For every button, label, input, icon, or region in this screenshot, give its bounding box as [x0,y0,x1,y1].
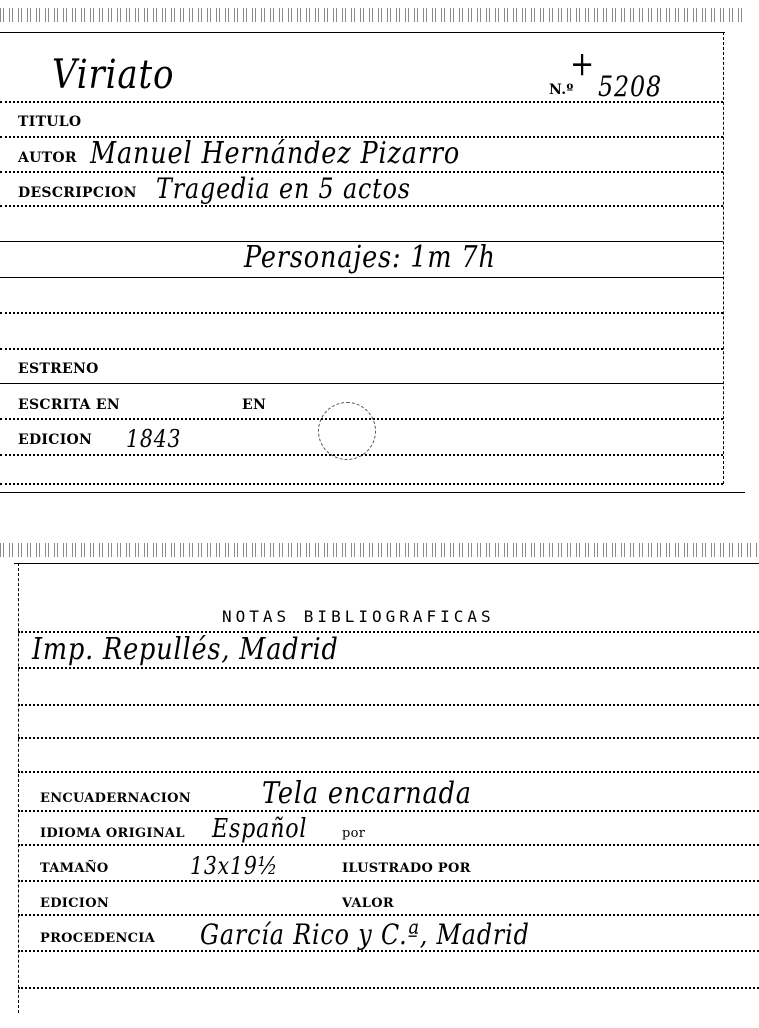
back-rule-11 [18,987,759,989]
notes-value: Imp. Repullés, Madrid [32,632,339,667]
notas-heading: NOTAS BIBLIOGRAFICAS [222,607,495,626]
back-rule-4 [18,737,759,739]
tamano-label: TAMAÑO [40,861,109,876]
back-rule-2 [18,667,759,669]
valor-label: VALOR [342,896,394,911]
card-back-top-border [14,563,759,564]
ilustrado-label: ILUSTRADO POR [342,861,471,876]
tamano-value: 13x19½ [190,852,278,880]
por-label: por [342,826,365,841]
encuadernacion-value: Tela encarnada [262,776,472,811]
back-rule-5 [18,771,759,773]
back-rule-3 [18,704,759,706]
edicion-back-label: EDICION [40,896,109,911]
back-rule-6 [18,810,759,812]
catalog-card-back: NOTAS BIBLIOGRAFICAS Imp. Repullés, Madr… [0,0,759,1028]
back-rule-10 [18,950,759,952]
back-rule-9 [18,914,759,916]
idioma-value: Español [212,814,307,844]
idioma-label: IDIOMA ORIGINAL [40,826,185,841]
procedencia-value: García Rico y C.ª, Madrid [200,918,530,951]
procedencia-label: PROCEDENCIA [40,931,155,946]
back-rule-7 [18,844,759,846]
back-rule-8 [18,880,759,882]
encuadernacion-label: ENCUADERNACION [40,791,191,806]
